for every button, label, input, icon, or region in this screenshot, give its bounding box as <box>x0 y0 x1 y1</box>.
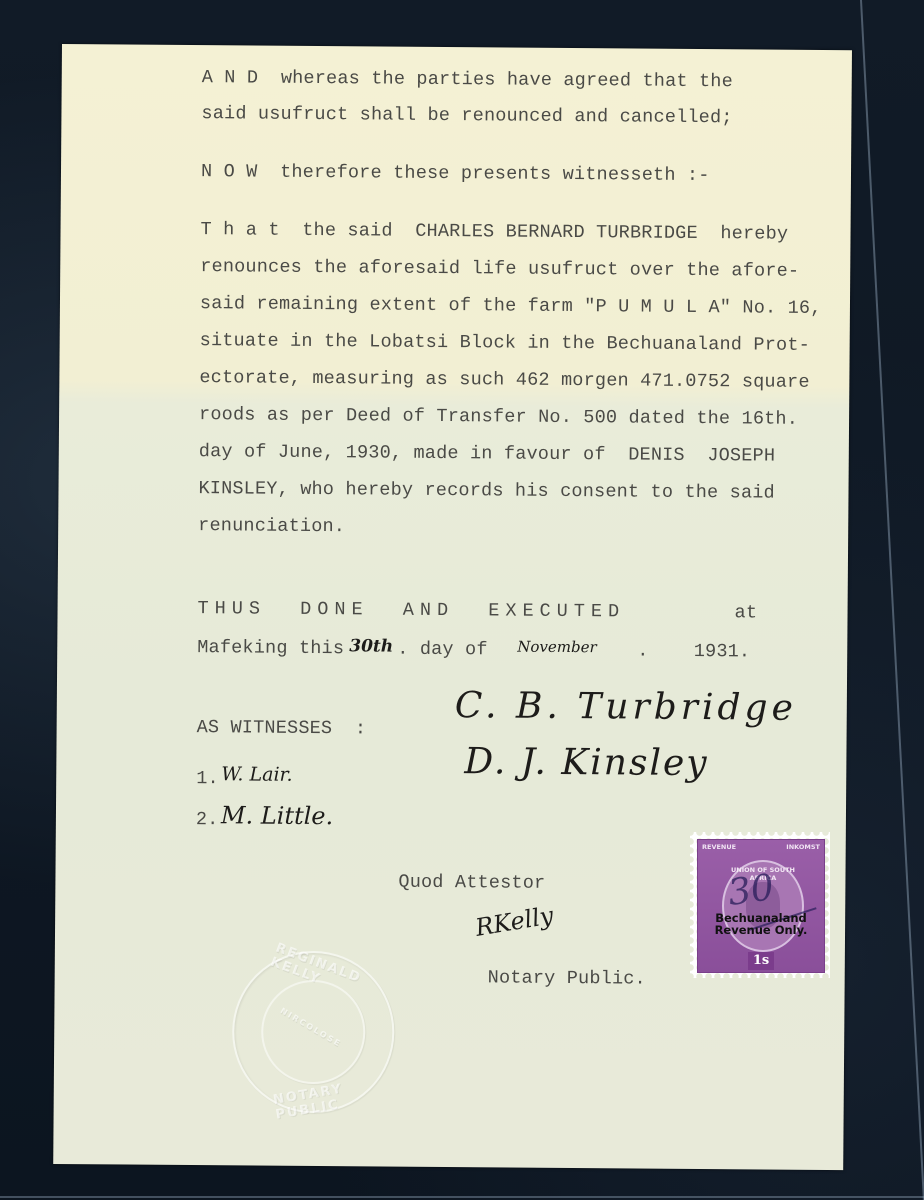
paragraph-and-line-1: A N D whereas the parties have agreed th… <box>202 67 733 92</box>
signature-turbridge: C. B. Turbridge <box>455 685 797 729</box>
witness-1-signature: W. Lair. <box>221 763 293 786</box>
paragraph-that-line-7: day of June, 1930, made in favour of DEN… <box>199 441 776 467</box>
paragraph-that-line-4: situate in the Lobatsi Block in the Bech… <box>200 330 810 356</box>
stamp-label-revenue: REVENUE <box>702 843 736 851</box>
stamp-value: 1s <box>748 952 774 970</box>
witness-1-number: 1. <box>196 768 219 789</box>
stamp-overprint-line-2: Revenue Only. <box>698 924 824 936</box>
stamp-overprint: Bechuanaland Revenue Only. <box>698 912 824 936</box>
stamp-design: REVENUE INKOMST UNION OF SOUTH AFRICA 30… <box>697 839 825 973</box>
embossed-notary-seal: REGINALD KELLY NOTARY PUBLIC NIRCOLOSE <box>232 950 395 1113</box>
revenue-stamp: REVENUE INKOMST UNION OF SOUTH AFRICA 30… <box>690 832 830 978</box>
paragraph-now: N O W therefore these presents witnesset… <box>201 161 710 186</box>
paragraph-that-line-6: roods as per Deed of Transfer No. 500 da… <box>199 404 798 430</box>
execution-day-of: . day of <box>397 639 488 661</box>
paragraph-that-line-3: said remaining extent of the farm "P U M… <box>200 293 822 319</box>
execution-day-handwritten: 30th <box>349 636 393 656</box>
signature-kinsley: D. J. Kinsley <box>464 741 709 784</box>
attestation-label: Quod Attestor <box>398 872 545 894</box>
witness-2-number: 2. <box>196 809 219 830</box>
notary-signature: RKelly <box>473 901 555 942</box>
paragraph-that-line-8: KINSLEY, who hereby records his consent … <box>198 478 775 504</box>
paragraph-that-line-1: T h a t the said CHARLES BERNARD TURBRID… <box>200 219 788 245</box>
document-page: A N D whereas the parties have agreed th… <box>53 44 852 1170</box>
execution-heading: THUS DONE AND EXECUTED <box>197 598 625 622</box>
execution-heading-suffix: at <box>734 602 757 623</box>
stamp-label-inkomst: INKOMST <box>786 843 820 851</box>
paragraph-that-line-9: renunciation. <box>198 515 345 537</box>
execution-place: Mafeking this <box>197 637 344 659</box>
execution-year: . 1931. <box>637 641 750 663</box>
stamp-top-labels: REVENUE INKOMST <box>702 843 820 851</box>
stamp-cancel-mark: 30 <box>725 867 776 914</box>
notary-title: Notary Public. <box>488 967 646 989</box>
paragraph-that-line-2: renounces the aforesaid life usufruct ov… <box>200 256 799 282</box>
sleeve-edge-line <box>860 0 924 1200</box>
paragraph-and-line-2: said usufruct shall be renounced and can… <box>201 103 732 128</box>
paragraph-that-line-5: ectorate, measuring as such 462 morgen 4… <box>199 367 809 393</box>
witnesses-label: AS WITNESSES : <box>197 717 367 739</box>
witness-2-signature: M. Little. <box>221 801 333 830</box>
execution-month-handwritten: November <box>517 638 597 657</box>
seal-text-bottom: NOTARY PUBLIC <box>272 1074 393 1123</box>
sleeve-bottom-line <box>0 1196 924 1198</box>
